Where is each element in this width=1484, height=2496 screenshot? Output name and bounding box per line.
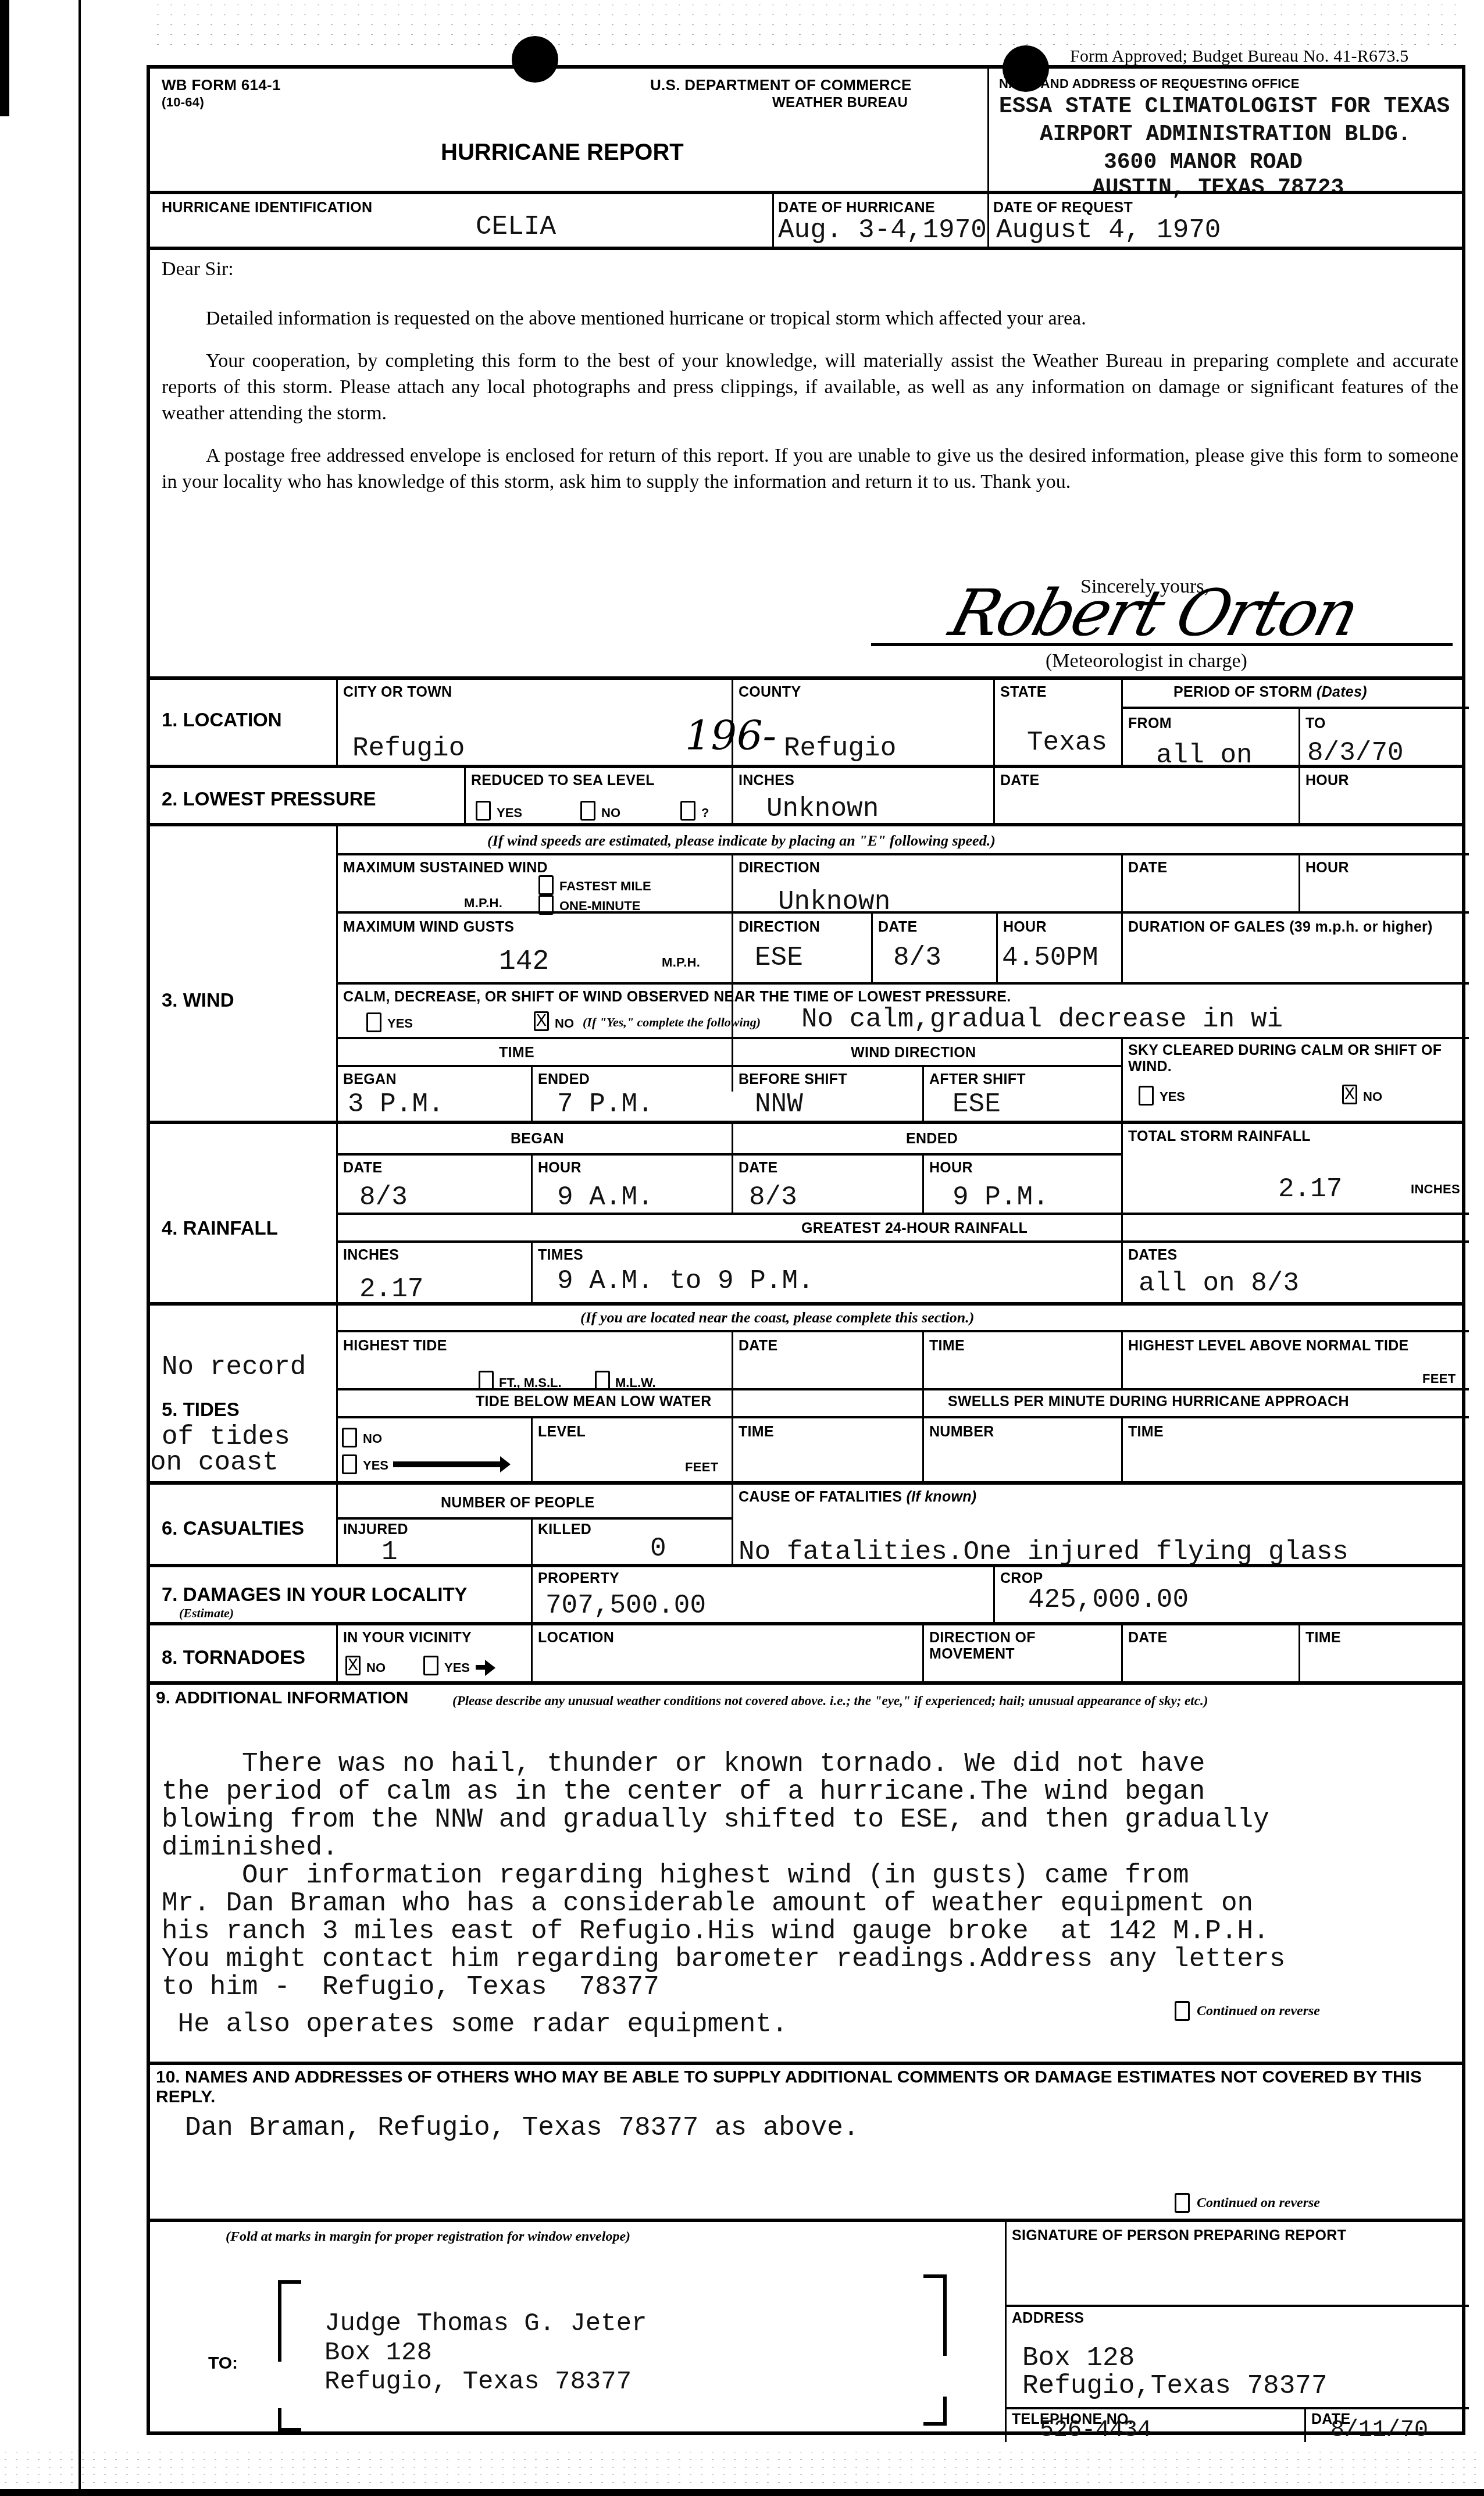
time-header: TIME (499, 1045, 534, 1061)
date-label: DATE (739, 1338, 777, 1354)
estimate-note: (If wind speeds are estimated, please in… (487, 832, 996, 850)
text-line: He also operates some radar equipment. (162, 2009, 788, 2039)
divider (336, 680, 338, 768)
ended-header: ENDED (906, 1131, 958, 1147)
tides-margin-note: No record (162, 1352, 306, 1382)
mph-label: M.P.H. (662, 955, 700, 969)
killed-value[interactable]: 0 (650, 1534, 666, 1564)
date-label: DATE (1128, 860, 1167, 876)
swells-header: SWELLS PER MINUTE DURING HURRICANE APPRO… (948, 1394, 1349, 1410)
divider (531, 1567, 533, 1625)
ended-label: ENDED (538, 1072, 590, 1088)
period-label: PERIOD OF STORM (Dates) (1173, 684, 1367, 701)
date-value[interactable]: 8/11/70 (1330, 2417, 1428, 2444)
greatest-24h-header: GREATEST 24-HOUR RAINFALL (801, 1221, 1028, 1237)
divider (336, 1485, 338, 1567)
checkbox-label: YES (363, 1458, 388, 1473)
property-value[interactable]: 707,500.00 (545, 1591, 706, 1621)
fold-margin-line (79, 0, 81, 2496)
divider (1121, 1037, 1123, 1124)
tides-margin-note: on coast (150, 1447, 279, 1478)
number-label: NUMBER (929, 1424, 994, 1440)
casualties-row: 6. CASUALTIES NUMBER OF PEOPLE INJURED 1… (150, 1481, 1462, 1564)
feet-unit: FEET (685, 1460, 718, 1474)
registration-mark (278, 2280, 301, 2362)
direction-label: DIRECTION (739, 860, 820, 876)
divider (531, 1153, 533, 1213)
began-date-value[interactable]: 8/3 (359, 1182, 408, 1213)
divider (871, 911, 873, 982)
letter-paragraph: A postage free addressed envelope is enc… (162, 443, 1458, 495)
text-line: to him - Refugio, Texas 78377 (162, 1972, 659, 2002)
others-row: 10. NAMES AND ADDRESSES OF OTHERS WHO MA… (150, 2062, 1462, 2219)
checkbox-label: FASTEST MILE (559, 879, 651, 894)
city-value[interactable]: Refugio (352, 733, 465, 764)
divider (1005, 2305, 1469, 2307)
below-mean-header: TIDE BELOW MEAN LOW WATER (476, 1394, 712, 1410)
text-line: blowing from the NNW and gradually shift… (162, 1805, 1269, 1835)
divider (1121, 1625, 1123, 1685)
inches-label: INCHES (739, 773, 794, 789)
section-label: 1. LOCATION (162, 709, 282, 731)
pressure-unknown-checkbox[interactable] (680, 801, 695, 821)
text-line: Our information regarding highest wind (… (162, 1860, 1189, 1891)
additional-instructions: (Please describe any unusual weather con… (452, 1691, 1441, 1711)
max-gusts-label: MAXIMUM WIND GUSTS (343, 919, 514, 936)
divider (336, 1065, 1121, 1067)
date-label: DATE (1000, 773, 1039, 789)
telephone-value[interactable]: 526-4434 (1040, 2417, 1151, 2444)
letter-paragraph: Detailed information is requested on the… (162, 305, 1458, 331)
killed-label: KILLED (538, 1522, 591, 1538)
time-label: TIME (1128, 1424, 1164, 1440)
divider (993, 768, 995, 826)
checkbox-label: NO (601, 805, 620, 821)
section-label: 9. ADDITIONAL INFORMATION (156, 1688, 408, 1708)
cause-label: CAUSE OF FATALITIES (If known) (739, 1489, 976, 1506)
hour-label: HOUR (1305, 860, 1349, 876)
tides-row: No record 5. TIDES of tides on coast (If… (150, 1302, 1462, 1481)
damages-row: 7. DAMAGES IN YOUR LOCALITY (Estimate) P… (150, 1564, 1462, 1622)
sky-yes-checkbox[interactable] (1139, 1086, 1154, 1106)
divider (1121, 1416, 1123, 1485)
divider (336, 826, 338, 1124)
divider (732, 1485, 733, 1567)
section-label: 6. CASUALTIES (162, 1517, 304, 1539)
ended-date-value[interactable]: 8/3 (749, 1182, 797, 1213)
continued-label: Continued on reverse (1197, 2195, 1320, 2211)
greatest-times-value[interactable]: 9 A.M. to 9 P.M. (557, 1266, 814, 1296)
state-value[interactable]: Texas (1027, 728, 1107, 758)
county-label: COUNTY (739, 684, 801, 701)
divider (336, 911, 1469, 914)
divider (1121, 1124, 1123, 1306)
tornadoes-row: 8. TORNADOES IN YOUR VICINITY NO YES LOC… (150, 1622, 1462, 1681)
checkbox-label: YES (444, 1660, 470, 1675)
divider (993, 1567, 995, 1625)
mailing-row: (Fold at marks in margin for proper regi… (150, 2219, 1462, 2438)
divider (1298, 768, 1300, 826)
divider (772, 194, 774, 250)
to-label: TO (1305, 716, 1326, 732)
divider (336, 1037, 1469, 1039)
calm-no-checkbox[interactable] (534, 1011, 549, 1031)
date-label: DATE (1128, 1630, 1167, 1646)
divider (922, 1625, 924, 1685)
calm-value[interactable]: No calm,gradual decrease in wi (801, 1004, 1283, 1035)
divider (987, 194, 989, 250)
divider (922, 1330, 924, 1485)
checkbox-label: NO (1363, 1089, 1382, 1104)
registration-mark (923, 2274, 947, 2356)
total-rainfall-value[interactable]: 2.17 (1278, 1174, 1342, 1204)
divider (336, 1153, 1121, 1156)
injured-value[interactable]: 1 (381, 1537, 398, 1567)
section-label: 2. LOWEST PRESSURE (162, 788, 376, 810)
gusts-date-value[interactable]: 8/3 (893, 943, 941, 973)
from-label: FROM (1128, 716, 1172, 732)
signer-title: (Meteorologist in charge) (1046, 648, 1247, 674)
tide-below-yes-checkbox[interactable] (342, 1454, 357, 1474)
hour-label: HOUR (1003, 919, 1047, 936)
additional-info-row: 9. ADDITIONAL INFORMATION (Please descri… (150, 1681, 1462, 2062)
rainfall-row: 4. RAINFALL BEGAN ENDED TOTAL STORM RAIN… (150, 1121, 1462, 1302)
time-label: TIME (1305, 1630, 1341, 1646)
to-address-line: Box 128 (324, 2338, 432, 2367)
to-address-line: Judge Thomas G. Jeter (324, 2309, 647, 2338)
arrow-right-icon (476, 1665, 486, 1670)
pressure-yes-checkbox[interactable] (476, 801, 491, 821)
ended-value[interactable]: 7 P.M. (557, 1089, 654, 1119)
sky-cleared-label: SKY CLEARED DURING CALM OR SHIFT OF WIND… (1128, 1043, 1465, 1075)
requesting-office-line: 3600 MANOR ROAD (1104, 150, 1303, 175)
divider (531, 1625, 533, 1685)
divider (336, 1124, 338, 1306)
after-shift-label: AFTER SHIFT (929, 1072, 1026, 1088)
date-label: DATE (343, 1160, 382, 1176)
feet-unit: FEET (1422, 1372, 1456, 1386)
identification-row: HURRICANE IDENTIFICATION CELIA DATE OF H… (150, 191, 1462, 247)
highest-tide-label: HIGHEST TIDE (343, 1338, 447, 1354)
pressure-row: 2. LOWEST PRESSURE REDUCED TO SEA LEVEL … (150, 765, 1462, 823)
divider (732, 680, 733, 768)
preparer-address-line[interactable]: Box 128 (1022, 2343, 1135, 2373)
divider (464, 768, 466, 826)
requesting-office-line: ESSA STATE CLIMATOLOGIST FOR TEXAS (999, 94, 1450, 119)
dates-label: DATES (1128, 1247, 1177, 1264)
crop-value[interactable]: 425,000.00 (1028, 1585, 1189, 1615)
date-label: DATE (878, 919, 917, 936)
after-shift-value[interactable]: ESE (953, 1089, 1001, 1119)
page-title: HURRICANE REPORT (441, 140, 684, 166)
inches-value[interactable]: Unknown (766, 794, 879, 824)
began-header: BEGAN (511, 1131, 564, 1147)
registration-mark (278, 2408, 301, 2431)
divider (531, 1517, 533, 1567)
ended-hour-value[interactable]: 9 P.M. (953, 1182, 1049, 1213)
cause-value[interactable]: No fatalities.One injured flying glass (739, 1537, 1349, 1567)
divider (336, 1213, 1469, 1215)
scan-margin (0, 0, 81, 2496)
began-hour-value[interactable]: 9 A.M. (557, 1182, 654, 1213)
tornado-yes-checkbox[interactable] (423, 1656, 438, 1675)
mlw-checkbox[interactable] (595, 1371, 610, 1390)
calm-note: (If "Yes," complete the following) (583, 1015, 761, 1030)
preparer-signature-field[interactable] (1011, 2249, 1464, 2305)
department-name: U.S. DEPARTMENT OF COMMERCE (650, 77, 912, 94)
letter-salutation: Dear Sir: (162, 256, 1458, 282)
bureau-name: WEATHER BUREAU (772, 95, 908, 110)
divider (336, 1330, 1469, 1332)
began-label: BEGAN (343, 1072, 397, 1088)
divider (336, 1416, 1469, 1418)
divider (732, 853, 733, 1092)
divider (336, 1388, 1469, 1390)
began-value[interactable]: 3 P.M. (348, 1089, 444, 1119)
divider (336, 982, 1469, 985)
divider (732, 768, 733, 826)
scan-noise-top (151, 0, 1460, 52)
estimate-label: (Estimate) (179, 1606, 234, 1621)
preparer-address-line[interactable]: Refugio,Texas 78377 (1022, 2371, 1328, 2401)
fold-note: (Fold at marks in margin for proper regi… (226, 2229, 630, 2245)
divider (732, 1124, 733, 1213)
inches-label: INCHES (343, 1247, 399, 1264)
divider (732, 1330, 733, 1485)
sky-no-checkbox[interactable] (1342, 1085, 1357, 1104)
to-label: TO: (208, 2354, 238, 2373)
city-label: CITY OR TOWN (343, 684, 452, 701)
signature-line (871, 643, 1453, 646)
requesting-office-label: NAME AND ADDRESS OF REQUESTING OFFICE (999, 77, 1300, 91)
gusts-hour-value[interactable]: 4.50PM (1002, 943, 1098, 973)
state-label: STATE (1000, 684, 1047, 701)
others-value[interactable]: Dan Braman, Refugio, Texas 78377 as abov… (185, 2113, 859, 2143)
date-of-hurricane-value[interactable]: Aug. 3-4,1970 (778, 215, 987, 245)
greatest-dates-value[interactable]: all on 8/3 (1139, 1268, 1299, 1299)
hour-label: HOUR (538, 1160, 582, 1176)
divider (922, 1065, 924, 1124)
divider (531, 1416, 533, 1485)
text-line: diminished. (162, 1832, 338, 1863)
section-label: 8. TORNADOES (162, 1646, 305, 1668)
scan-edge-shadow (0, 0, 9, 116)
text-line: Mr. Dan Braman who has a considerable am… (162, 1888, 1253, 1919)
hurricane-report-form: WB FORM 614-1 (10-64) U.S. DEPARTMENT OF… (147, 65, 1465, 2435)
section-label: 7. DAMAGES IN YOUR LOCALITY (162, 1584, 468, 1606)
divider (336, 1625, 338, 1685)
section-label: 5. TIDES (162, 1399, 240, 1421)
direction-label: DIRECTION (739, 919, 820, 936)
section-label: 3. WIND (162, 989, 234, 1011)
fastest-mile-checkbox[interactable] (538, 875, 554, 895)
divider (1298, 1625, 1300, 1685)
hurricane-id-value[interactable]: CELIA (476, 212, 556, 242)
signature: Robert Orton (943, 576, 1365, 650)
section-label: 10. NAMES AND ADDRESSES OF OTHERS WHO MA… (156, 2067, 1458, 2107)
calm-yes-checkbox[interactable] (366, 1012, 381, 1032)
pressure-no-checkbox[interactable] (580, 801, 595, 821)
greatest-inches-value[interactable]: 2.17 (359, 1274, 423, 1304)
divider (336, 1240, 1469, 1243)
scan-noise-bottom (0, 2448, 1484, 2489)
checkbox-label: NO (366, 1660, 386, 1675)
requesting-office-line: AIRPORT ADMINISTRATION BLDG. (1040, 122, 1411, 147)
handwritten-mark: 196- (685, 712, 776, 760)
text-line: You might contact him regarding baromete… (162, 1944, 1285, 1974)
hour-label: HOUR (929, 1160, 973, 1176)
scan-bottom-edge (0, 2489, 1484, 2496)
ft-msl-checkbox[interactable] (479, 1371, 494, 1390)
divider (1298, 853, 1300, 911)
level-label: LEVEL (538, 1424, 586, 1440)
gusts-value[interactable]: 142 (499, 946, 549, 978)
inches-unit: INCHES (1411, 1182, 1460, 1196)
continued-checkbox[interactable] (1175, 2193, 1190, 2213)
wind-direction-header: WIND DIRECTION (851, 1045, 976, 1061)
section-label: 4. RAINFALL (162, 1217, 278, 1239)
before-shift-label: BEFORE SHIFT (739, 1072, 847, 1088)
text-line: his ranch 3 miles east of Refugio.His wi… (162, 1916, 1269, 1946)
county-value[interactable]: Refugio (784, 733, 896, 764)
property-label: PROPERTY (538, 1571, 619, 1587)
checkbox-label: NO (363, 1431, 382, 1446)
times-label: TIMES (538, 1247, 583, 1264)
continued-checkbox[interactable] (1175, 2001, 1190, 2021)
number-of-people-header: NUMBER OF PEOPLE (441, 1495, 595, 1511)
divider (1121, 1330, 1123, 1388)
checkbox-label: YES (387, 1016, 413, 1031)
form-number: WB FORM 614-1 (162, 77, 281, 94)
time-label: TIME (739, 1424, 774, 1440)
direction-label: DIRECTION OF MOVEMENT (929, 1630, 1057, 1662)
to-value[interactable]: 8/3/70 (1307, 738, 1404, 768)
date-label: DATE (739, 1160, 777, 1176)
divider (1298, 707, 1300, 768)
divider (336, 1517, 732, 1520)
letter-paragraph: Your cooperation, by completing this for… (162, 348, 1458, 426)
divider (1005, 2407, 1469, 2409)
calm-label: CALM, DECREASE, OR SHIFT OF WIND OBSERVE… (343, 989, 1011, 1005)
cover-letter: Dear Sir: Detailed information is reques… (150, 247, 1462, 679)
tide-below-no-checkbox[interactable] (342, 1428, 357, 1447)
time-label: TIME (929, 1338, 965, 1354)
total-rainfall-label: TOTAL STORM RAINFALL (1128, 1129, 1311, 1145)
reduced-label: REDUCED TO SEA LEVEL (471, 773, 655, 789)
mph-label: M.P.H. (464, 896, 502, 910)
divider (1121, 680, 1123, 768)
divider (1121, 853, 1123, 982)
checkbox-label: ? (701, 805, 709, 821)
vicinity-label: IN YOUR VICINITY (343, 1630, 472, 1646)
wind-row: 3. WIND (If wind speeds are estimated, p… (150, 823, 1462, 1121)
to-address-line: Refugio, Texas 78377 (324, 2367, 632, 2397)
divider (1304, 2407, 1306, 2442)
divider (531, 1065, 533, 1124)
date-of-hurricane-label: DATE OF HURRICANE (778, 200, 935, 216)
injured-label: INJURED (343, 1522, 408, 1538)
hour-label: HOUR (1305, 773, 1349, 789)
divider (531, 1240, 533, 1306)
address-label: ADDRESS (1012, 2310, 1084, 2327)
max-sustained-label: MAXIMUM SUSTAINED WIND (343, 860, 548, 876)
divider (336, 1306, 338, 1485)
before-shift-value[interactable]: NNW (755, 1089, 803, 1119)
date-of-request-value[interactable]: August 4, 1970 (996, 215, 1221, 245)
checkbox-label: NO (555, 1016, 574, 1031)
gales-label: DURATION OF GALES (39 m.p.h. or higher) (1128, 919, 1465, 936)
divider (996, 911, 998, 982)
text-line: There was no hail, thunder or known torn… (162, 1749, 1205, 1779)
divider (993, 680, 995, 768)
hurricane-id-label: HURRICANE IDENTIFICATION (162, 200, 372, 216)
signature-label: SIGNATURE OF PERSON PREPARING REPORT (1012, 2228, 1346, 2244)
highest-level-label: HIGHEST LEVEL ABOVE NORMAL TIDE (1128, 1338, 1454, 1354)
registration-mark (923, 2397, 947, 2426)
form-revision: (10-64) (162, 95, 204, 109)
divider (1121, 707, 1469, 709)
checkbox-label: YES (497, 805, 522, 821)
location-label: LOCATION (538, 1630, 614, 1646)
coast-note: (If you are located near the coast, plea… (580, 1309, 974, 1327)
location-row: 1. LOCATION CITY OR TOWN Refugio 196- CO… (150, 676, 1462, 765)
text-line: the period of calm as in the center of a… (162, 1777, 1205, 1807)
continued-label: Continued on reverse (1197, 2003, 1320, 2019)
checkbox-label: YES (1160, 1089, 1185, 1104)
form-approved-note: Form Approved; Budget Bureau No. 41-R673… (1070, 47, 1409, 66)
arrow-right-icon (393, 1461, 501, 1467)
gusts-direction-value[interactable]: ESE (755, 943, 803, 973)
tornado-no-checkbox[interactable] (345, 1656, 361, 1675)
divider (922, 1153, 924, 1213)
date-of-request-label: DATE OF REQUEST (993, 200, 1133, 216)
